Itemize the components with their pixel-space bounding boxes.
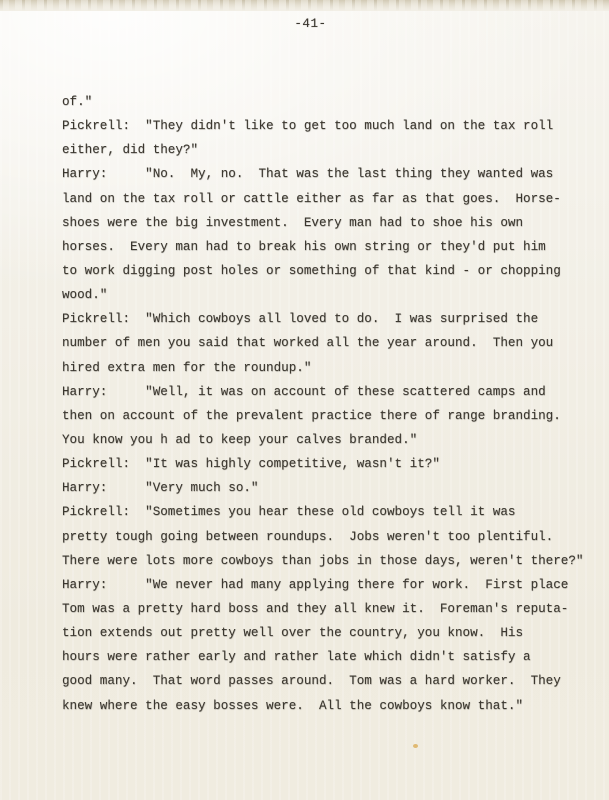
transcript-line: hours were rather early and rather late … bbox=[62, 645, 602, 669]
transcript-line: land on the tax roll or cattle either as… bbox=[62, 187, 602, 211]
transcript-line: Pickrell: "Sometimes you hear these old … bbox=[62, 500, 602, 524]
transcript-line: There were lots more cowboys than jobs i… bbox=[62, 549, 602, 573]
transcript-line: of." bbox=[62, 90, 602, 114]
transcript-line: Pickrell: "Which cowboys all loved to do… bbox=[62, 307, 602, 331]
transcript-line: either, did they?" bbox=[62, 138, 602, 162]
transcript-line: Harry: "We never had many applying there… bbox=[62, 573, 602, 597]
transcript-line: tion extends out pretty well over the co… bbox=[62, 621, 602, 645]
transcript-line: to work digging post holes or something … bbox=[62, 259, 602, 283]
transcript-line: Harry: "Well, it was on account of these… bbox=[62, 380, 602, 404]
transcript-line: number of men you said that worked all t… bbox=[62, 331, 602, 355]
paper-top-edge bbox=[0, 0, 609, 11]
page-number: -41- bbox=[0, 17, 609, 31]
transcript-line: wood." bbox=[62, 283, 602, 307]
transcript-line: Pickrell: "They didn't like to get too m… bbox=[62, 114, 602, 138]
transcript-line: pretty tough going between roundups. Job… bbox=[62, 525, 602, 549]
transcript-line: horses. Every man had to break his own s… bbox=[62, 235, 602, 259]
transcript-line: Pickrell: "It was highly competitive, wa… bbox=[62, 452, 602, 476]
transcript-line: good many. That word passes around. Tom … bbox=[62, 669, 602, 693]
transcript-line: knew where the easy bosses were. All the… bbox=[62, 694, 602, 718]
scanned-page: -41- of."Pickrell: "They didn't like to … bbox=[0, 0, 609, 800]
transcript: of."Pickrell: "They didn't like to get t… bbox=[62, 90, 602, 718]
transcript-line: You know you h ad to keep your calves br… bbox=[62, 428, 602, 452]
paper-speck bbox=[413, 744, 418, 748]
transcript-line: hired extra men for the roundup." bbox=[62, 356, 602, 380]
transcript-line: shoes were the big investment. Every man… bbox=[62, 211, 602, 235]
transcript-line: Harry: "Very much so." bbox=[62, 476, 602, 500]
transcript-line: Tom was a pretty hard boss and they all … bbox=[62, 597, 602, 621]
transcript-line: then on account of the prevalent practic… bbox=[62, 404, 602, 428]
transcript-line: Harry: "No. My, no. That was the last th… bbox=[62, 162, 602, 186]
